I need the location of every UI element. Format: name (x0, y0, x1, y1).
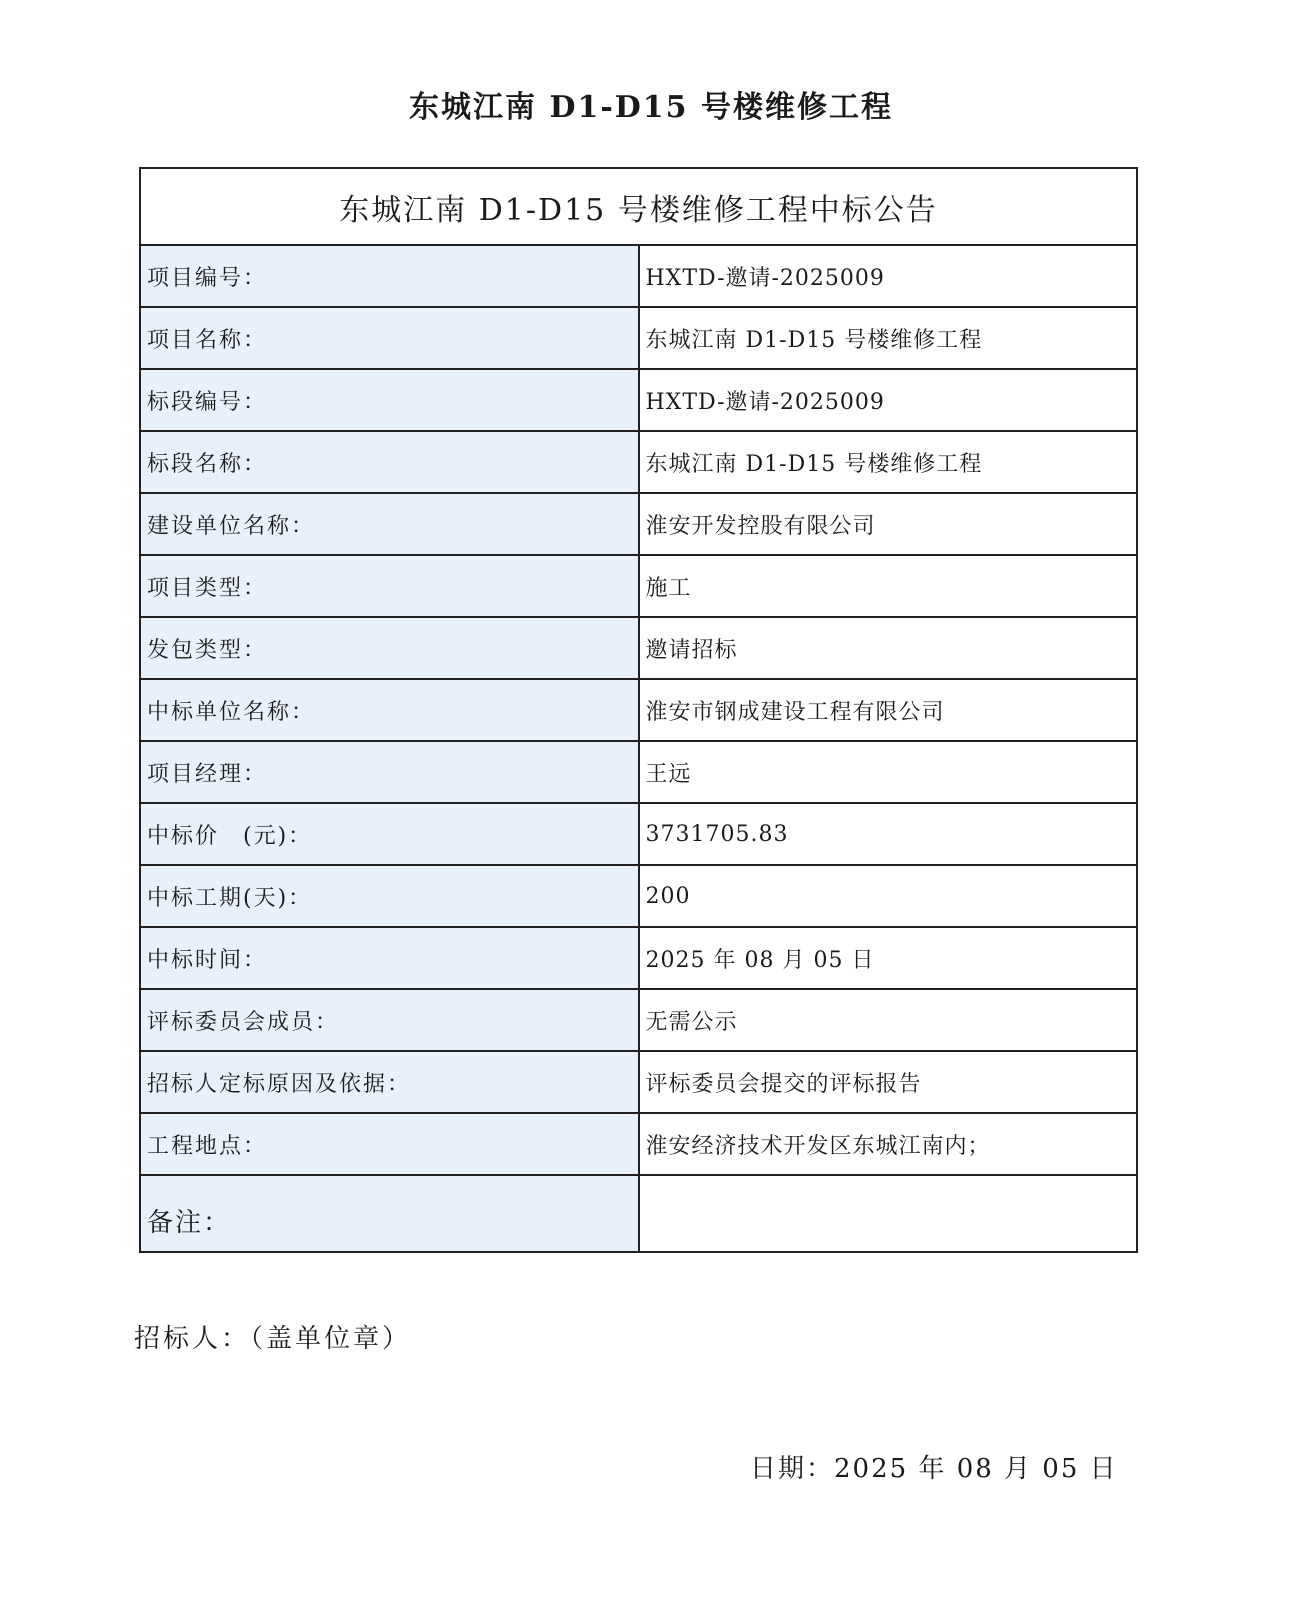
signer-line: 招标人：（盖单位章） (134, 1318, 411, 1355)
table-row-project-number: 项目编号： HXTD-邀请-2025009 (140, 245, 1137, 307)
row-label: 项目编号： (140, 245, 639, 307)
table-row-duration: 中标工期(天)： 200 (140, 865, 1137, 927)
row-label: 中标工期(天)： (140, 865, 639, 927)
table-row-developer: 建设单位名称： 淮安开发控股有限公司 (140, 493, 1137, 555)
row-label: 建设单位名称： (140, 493, 639, 555)
row-label: 中标单位名称： (140, 679, 639, 741)
row-value: 淮安经济技术开发区东城江南内； (639, 1113, 1138, 1175)
table-header: 东城江南 D1-D15 号楼维修工程中标公告 (140, 168, 1137, 245)
table-row-project-type: 项目类型： 施工 (140, 555, 1137, 617)
date-line: 日期：2025 年 08 月 05 日 (750, 1448, 1118, 1485)
row-label: 项目类型： (140, 555, 639, 617)
row-label: 中标时间： (140, 927, 639, 989)
row-label: 中标价 (元)： (140, 803, 639, 865)
row-value: 200 (639, 865, 1138, 927)
row-label: 评标委员会成员： (140, 989, 639, 1051)
row-label: 发包类型： (140, 617, 639, 679)
row-value: 3731705.83 (639, 803, 1138, 865)
table-row-award-date: 中标时间： 2025 年 08 月 05 日 (140, 927, 1137, 989)
table-row-basis: 招标人定标原因及依据： 评标委员会提交的评标报告 (140, 1051, 1137, 1113)
row-value: 淮安市钢成建设工程有限公司 (639, 679, 1138, 741)
table-header-row: 东城江南 D1-D15 号楼维修工程中标公告 (140, 168, 1137, 245)
row-label: 项目经理： (140, 741, 639, 803)
row-label: 标段名称： (140, 431, 639, 493)
row-value: 邀请招标 (639, 617, 1138, 679)
row-value: 东城江南 D1-D15 号楼维修工程 (639, 307, 1138, 369)
table-row-project-manager: 项目经理： 王远 (140, 741, 1137, 803)
row-value: 施工 (639, 555, 1138, 617)
table-row-project-name: 项目名称： 东城江南 D1-D15 号楼维修工程 (140, 307, 1137, 369)
row-value: 东城江南 D1-D15 号楼维修工程 (639, 431, 1138, 493)
table-row-section-number: 标段编号： HXTD-邀请-2025009 (140, 369, 1137, 431)
row-value: 无需公示 (639, 989, 1138, 1051)
document-title: 东城江南 D1-D15 号楼维修工程 (0, 82, 1302, 126)
row-value: 王远 (639, 741, 1138, 803)
row-label: 工程地点： (140, 1113, 639, 1175)
row-value: 淮安开发控股有限公司 (639, 493, 1138, 555)
table-row-winning-bidder: 中标单位名称： 淮安市钢成建设工程有限公司 (140, 679, 1137, 741)
row-value: 2025 年 08 月 05 日 (639, 927, 1138, 989)
table-row-committee: 评标委员会成员： 无需公示 (140, 989, 1137, 1051)
row-value (639, 1175, 1138, 1252)
row-label: 备注： (140, 1175, 639, 1252)
table-row-remarks: 备注： (140, 1175, 1137, 1252)
row-label: 招标人定标原因及依据： (140, 1051, 639, 1113)
row-value: 评标委员会提交的评标报告 (639, 1051, 1138, 1113)
row-value: HXTD-邀请-2025009 (639, 369, 1138, 431)
table-row-winning-price: 中标价 (元)： 3731705.83 (140, 803, 1137, 865)
table-row-contract-type: 发包类型： 邀请招标 (140, 617, 1137, 679)
row-label: 标段编号： (140, 369, 639, 431)
row-label: 项目名称： (140, 307, 639, 369)
award-notice-table: 东城江南 D1-D15 号楼维修工程中标公告 项目编号： HXTD-邀请-202… (139, 167, 1138, 1253)
table-row-section-name: 标段名称： 东城江南 D1-D15 号楼维修工程 (140, 431, 1137, 493)
table-row-location: 工程地点： 淮安经济技术开发区东城江南内； (140, 1113, 1137, 1175)
row-value: HXTD-邀请-2025009 (639, 245, 1138, 307)
